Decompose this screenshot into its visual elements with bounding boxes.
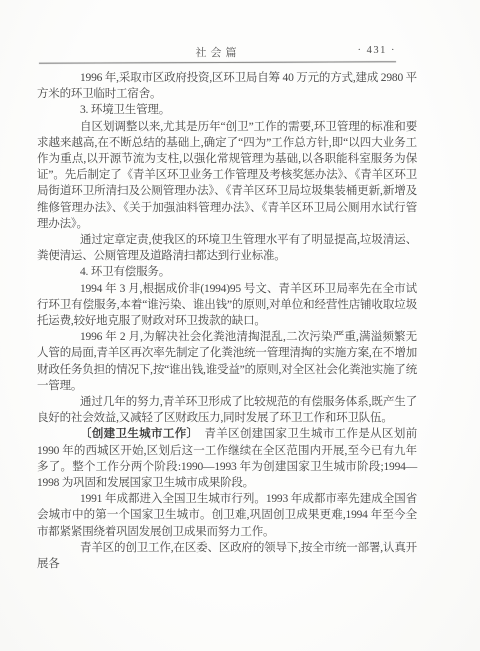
paragraph: 1994 年 3 月,根据成价非(1994)95 号文、青羊区环卫局率先在全市试…: [37, 281, 417, 330]
page-number: · 431 ·: [358, 45, 397, 56]
paragraph: 1996 年,采取市区政府投资,区环卫局自筹 40 万元的方式,建成 2980 …: [37, 70, 417, 102]
paragraph: 1991 年成都进入全国卫生城市行列。1993 年成都市率先建成全国省会城市中的…: [37, 491, 417, 540]
paragraph: 〔创建卫生城市工作〕 青羊区创建国家卫生城市工作是从区划前 1990 年的西城区…: [37, 426, 417, 491]
page-body: 1996 年,采取市区政府投资,区环卫局自筹 40 万元的方式,建成 2980 …: [37, 70, 417, 572]
paragraph: 自区划调整以来,尤其是历年“创卫”工作的需要,环卫管理的标准和要求越来越高,在不…: [37, 119, 417, 232]
paragraph: 1996 年 2 月,为解决社会化粪池清掏混乱,二次污染严重,满溢频繁无人管的局…: [37, 329, 417, 394]
entry-heading: 〔创建卫生城市工作〕: [80, 428, 193, 440]
scanned-page: 社会篇 · 431 · 1996 年,采取市区政府投资,区环卫局自筹 40 万元…: [0, 0, 480, 651]
header-divider: [39, 61, 396, 64]
paragraph: 青羊区的创卫工作,在区委、区政府的领导下,按全市统一部署,认真开展各: [37, 540, 417, 572]
page-header: 社会篇 · 431 ·: [40, 44, 396, 60]
paragraph: 通过定章定责,使我区的环境卫生管理水平有了明显提高,垃圾清运、粪便清运、公厕管理…: [37, 232, 417, 264]
paragraph: 4. 环卫有偿服务。: [37, 264, 417, 280]
paragraph: 通过几年的努力,青羊环卫形成了比较规范的有偿服务体系,既产生了良好的社会效益,又…: [37, 394, 417, 426]
chapter-title: 社会篇: [40, 44, 396, 60]
paragraph: 3. 环境卫生管理。: [37, 102, 417, 118]
